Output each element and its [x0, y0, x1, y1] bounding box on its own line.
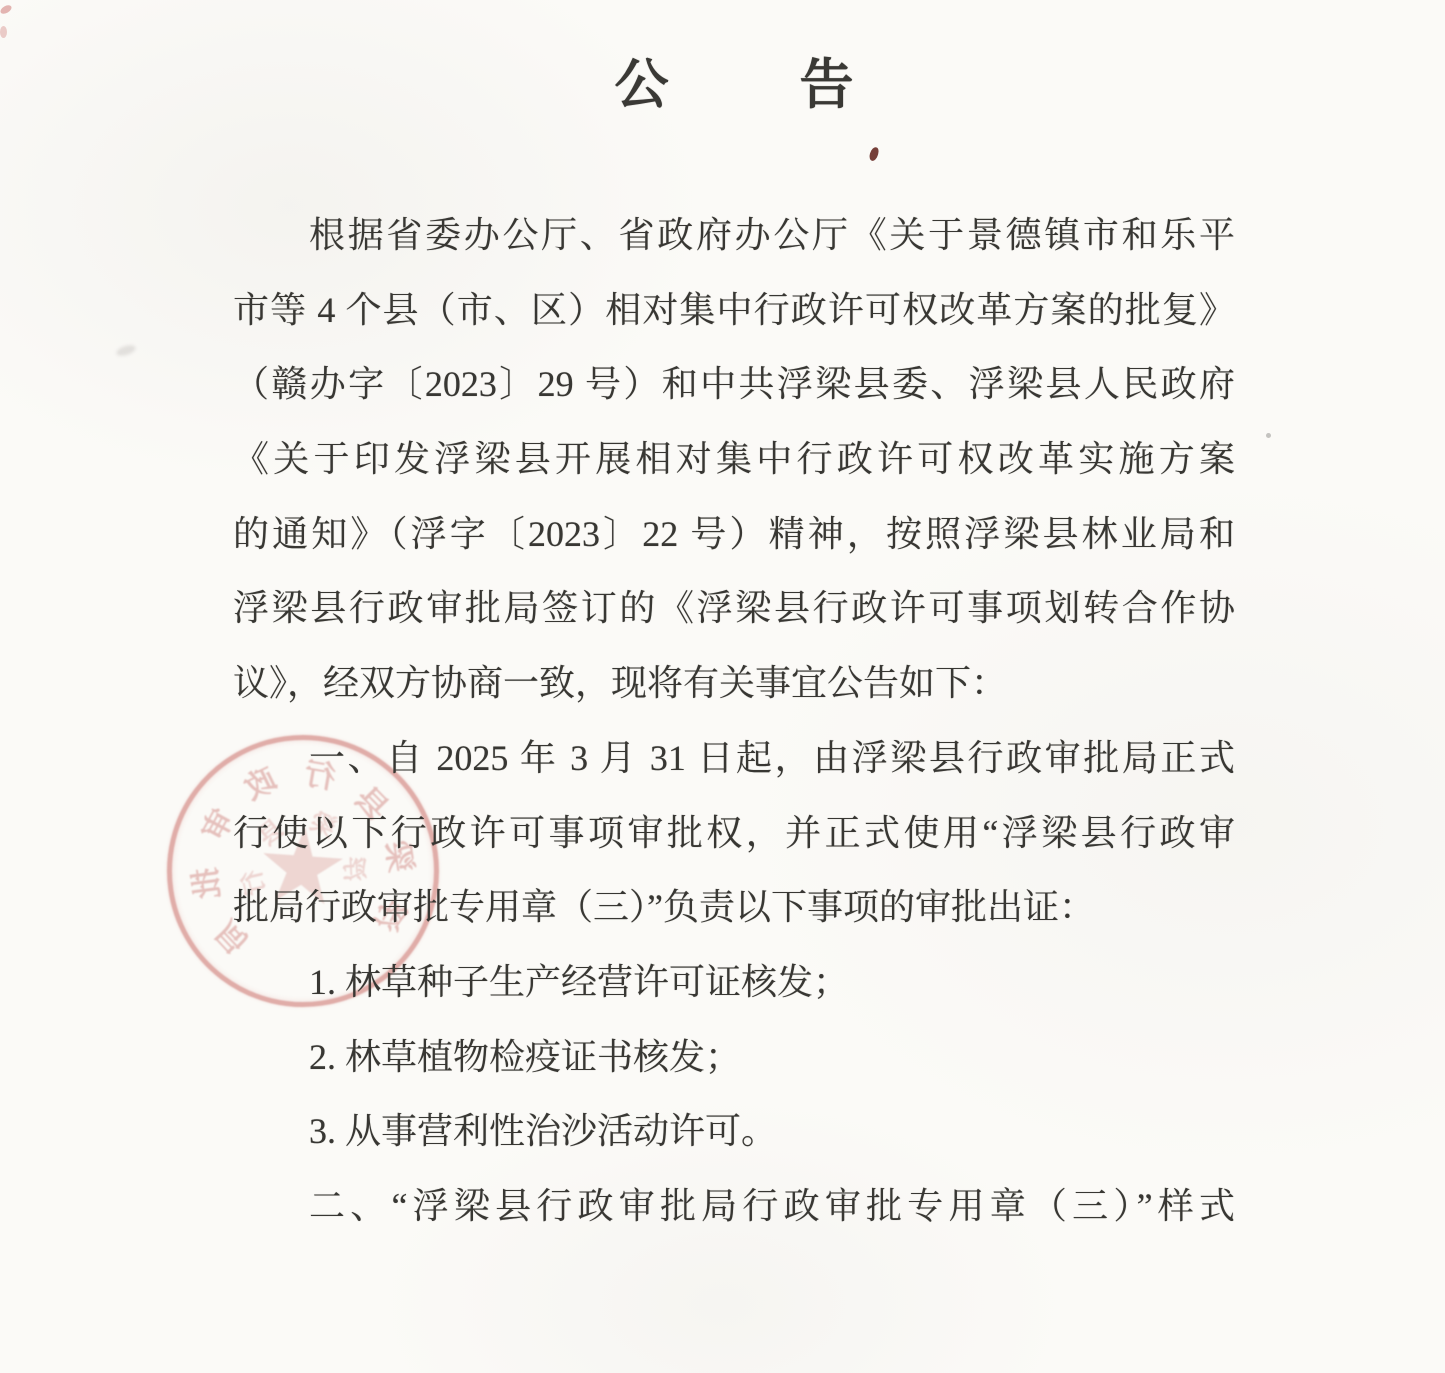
body-line: 二、“浮梁县行政审批局行政审批专用章（三）”样式 — [233, 1169, 1235, 1244]
document-body: 根据省委办公厅、省政府办公厅《关于景德镇市和乐平 市等 4 个县（市、区）相对集… — [233, 198, 1235, 1244]
body-line: （赣办字〔2023〕29 号）和中共浮梁县委、浮梁县人民政府 — [233, 347, 1235, 422]
body-line: 批局行政审批专用章（三）”负责以下事项的审批出证： — [233, 870, 1235, 945]
body-line: 的通知》（浮字〔2023〕22 号）精神，按照浮梁县林业局和 — [233, 497, 1235, 572]
scan-dot — [1266, 433, 1271, 438]
page-title: 公告 — [233, 42, 1235, 119]
body-line: 2. 林草植物检疫证书核发； — [233, 1020, 1235, 1095]
body-line: 浮梁县行政审批局签订的《浮梁县行政许可事项划转合作协 — [233, 571, 1235, 646]
body-line: 一、自 2025 年 3 月 31 日起，由浮梁县行政审批局正式 — [233, 721, 1235, 796]
body-line: 行使以下行政许可事项审批权，并正式使用“浮梁县行政审 — [233, 796, 1235, 871]
body-line: 根据省委办公厅、省政府办公厅《关于景德镇市和乐平 — [233, 198, 1235, 273]
ink-speck — [868, 146, 880, 162]
edge-red-speck — [0, 3, 13, 15]
body-line: 议》，经双方协商一致，现将有关事宜公告如下： — [233, 646, 1235, 721]
body-line: 市等 4 个县（市、区）相对集中行政许可权改革方案的批复》 — [233, 273, 1235, 348]
scan-smudge — [115, 343, 137, 358]
body-line: 1. 林草种子生产经营许可证核发； — [233, 945, 1235, 1020]
edge-red-speck — [0, 26, 7, 38]
announcement-page: 浮梁县行政审批局 浮梁县行 ★ 公告 根据省委办公厅、省政府办公厅《关于景德镇市… — [0, 0, 1445, 1373]
body-line: 《关于印发浮梁县开展相对集中行政许可权改革实施方案 — [233, 422, 1235, 497]
body-line: 3. 从事营利性治沙活动许可。 — [233, 1094, 1235, 1169]
page-title-text: 公告 — [615, 55, 985, 115]
